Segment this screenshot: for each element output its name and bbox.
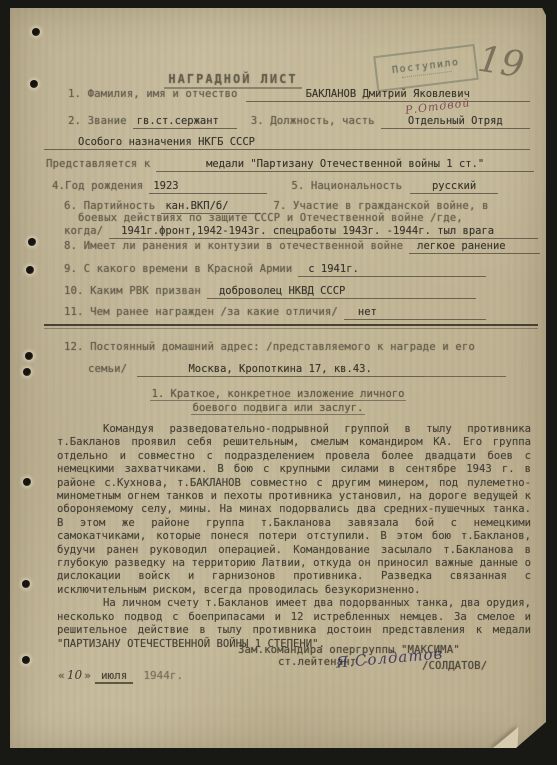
section-heading-line1: 1. Краткое, конкретное изложение личного (150, 388, 407, 401)
field-birthyear-label: 4.Год рождения (52, 180, 143, 193)
field-army-since-row: 9. С какого времени в Красной Армии с 19… (64, 263, 486, 277)
field-wounds-label: 8. Имеет ли ранения и контузии в отечест… (64, 240, 403, 253)
field-war-label3: когда/ (64, 225, 103, 238)
page-number-handwritten: 19 (475, 39, 527, 87)
field-war-value: 1941г.фронт,1942-1943г. спецработы 1943г… (109, 225, 538, 239)
field-position-value2: Особого назначения НКГБ СССР (44, 136, 530, 150)
field-position-label: 3. Должность, часть (251, 115, 375, 128)
field-rank-value: гв.ст.сержант (133, 115, 237, 129)
date-open-quote: « (58, 669, 65, 682)
field-wounds-row: 8. Имеет ли ранения и контузии в отечест… (64, 240, 540, 254)
punch-hole (28, 238, 36, 246)
date-day-handwritten: 10 (65, 668, 84, 682)
document-page: Поступило 19 НАГРАДНОЙ ЛИСТ 1. Фамилия, … (10, 8, 546, 748)
punch-hole (26, 266, 34, 274)
field-presented-label2: Представляется к (46, 158, 150, 171)
field-rank-position-row: 2. Звание гв.ст.сержант 3. Должность, ча… (68, 115, 530, 129)
punch-hole (25, 352, 33, 360)
field-prev-awards-row: 11. Чем ранее награжден /за какие отличи… (64, 306, 486, 320)
field-prev-awards-value: нет (344, 306, 486, 320)
field-birth-nationality-row: 4.Год рождения 1923 5. Национальность ру… (52, 180, 498, 194)
date-month: июля (95, 669, 134, 684)
field-war-value-row: когда/ 1941г.фронт,1942-1943г. спецработ… (64, 225, 538, 239)
field-presented-value: медали "Партизану Отечественной войны 1 … (156, 158, 534, 172)
field-prev-awards-label: 11. Чем ранее награжден /за какие отличи… (64, 306, 338, 319)
field-drafted-label: 10. Каким РВК призван (64, 285, 201, 298)
address-fill-line (423, 363, 506, 377)
date-row: « 10 » июля 1944г. (58, 668, 183, 684)
field-nationality-value: русский (410, 180, 498, 194)
field-drafted-value: доброволец НКВД СССР (207, 285, 476, 299)
punch-hole (22, 656, 30, 664)
punch-hole (30, 80, 38, 88)
citation-body: Командуя разведовательно-подрывной групп… (57, 423, 531, 651)
citation-paragraph-2: На личном счету т.Бакланов имеет два под… (57, 597, 531, 651)
field-fullname-label: 1. Фамилия, имя и отчество (68, 88, 238, 101)
field-fullname-value: БАКЛАНОВ Дмитрий Яковлевич (246, 88, 530, 102)
document-title-row: НАГРАДНОЙ ЛИСТ (128, 68, 338, 87)
citation-paragraph-1: Командуя разведовательно-подрывной групп… (57, 423, 531, 597)
field-address-label2: семьи/ (88, 363, 127, 376)
section-divider-line (44, 324, 538, 329)
signer-name: /СОЛДАТОВ/ (422, 660, 487, 673)
field-nationality-label: 5. Национальность (291, 180, 402, 193)
section-heading-line2: боевого подвига или заслуг. (191, 402, 366, 415)
field-drafted-row: 10. Каким РВК призван доброволец НКВД СС… (64, 285, 476, 299)
date-year: 1944г. (143, 669, 183, 682)
field-presented-row: Представляется к медали "Партизану Отече… (46, 158, 534, 172)
registration-stamp: Поступило (373, 44, 479, 92)
field-address-label: 12. Постоянный домашний адрес: /представ… (64, 341, 475, 354)
field-war-label2-row: боевых действиях по защите СССР и Отечес… (78, 212, 534, 225)
field-army-since-value: с 1941г. (298, 263, 486, 277)
field-war-label2: боевых действиях по защите СССР и Отечес… (78, 212, 463, 225)
field-address-value: Москва, Кропоткина 17, кв.43. (137, 363, 423, 377)
field-birthyear-value: 1923 (149, 180, 267, 194)
field-wounds-value: легкое ранение (409, 240, 540, 254)
section-heading-line1-row: 1. Краткое, конкретное изложение личного (10, 388, 546, 401)
field-army-since-label: 9. С какого времени в Красной Армии (64, 263, 292, 276)
date-close-quote: » (84, 669, 91, 682)
section-heading-line2-row: боевого подвига или заслуг. (10, 402, 546, 415)
field-address-value-row: семьи/ Москва, Кропоткина 17, кв.43. (88, 363, 506, 377)
punch-hole (22, 580, 30, 588)
field-rank-label: 2. Звание (68, 115, 127, 128)
document-title: НАГРАДНОЙ ЛИСТ (164, 72, 301, 89)
folded-corner (491, 725, 518, 750)
punch-hole (32, 28, 40, 36)
punch-hole (23, 368, 31, 376)
punch-hole (23, 478, 31, 486)
field-position-value: Отдельный Отряд (381, 115, 530, 129)
scanned-document-canvas: Поступило 19 НАГРАДНОЙ ЛИСТ 1. Фамилия, … (0, 0, 557, 765)
field-position-continuation-row: Особого назначения НКГБ СССР (44, 136, 530, 150)
field-address-label-row: 12. Постоянный домашний адрес: /представ… (64, 341, 530, 354)
